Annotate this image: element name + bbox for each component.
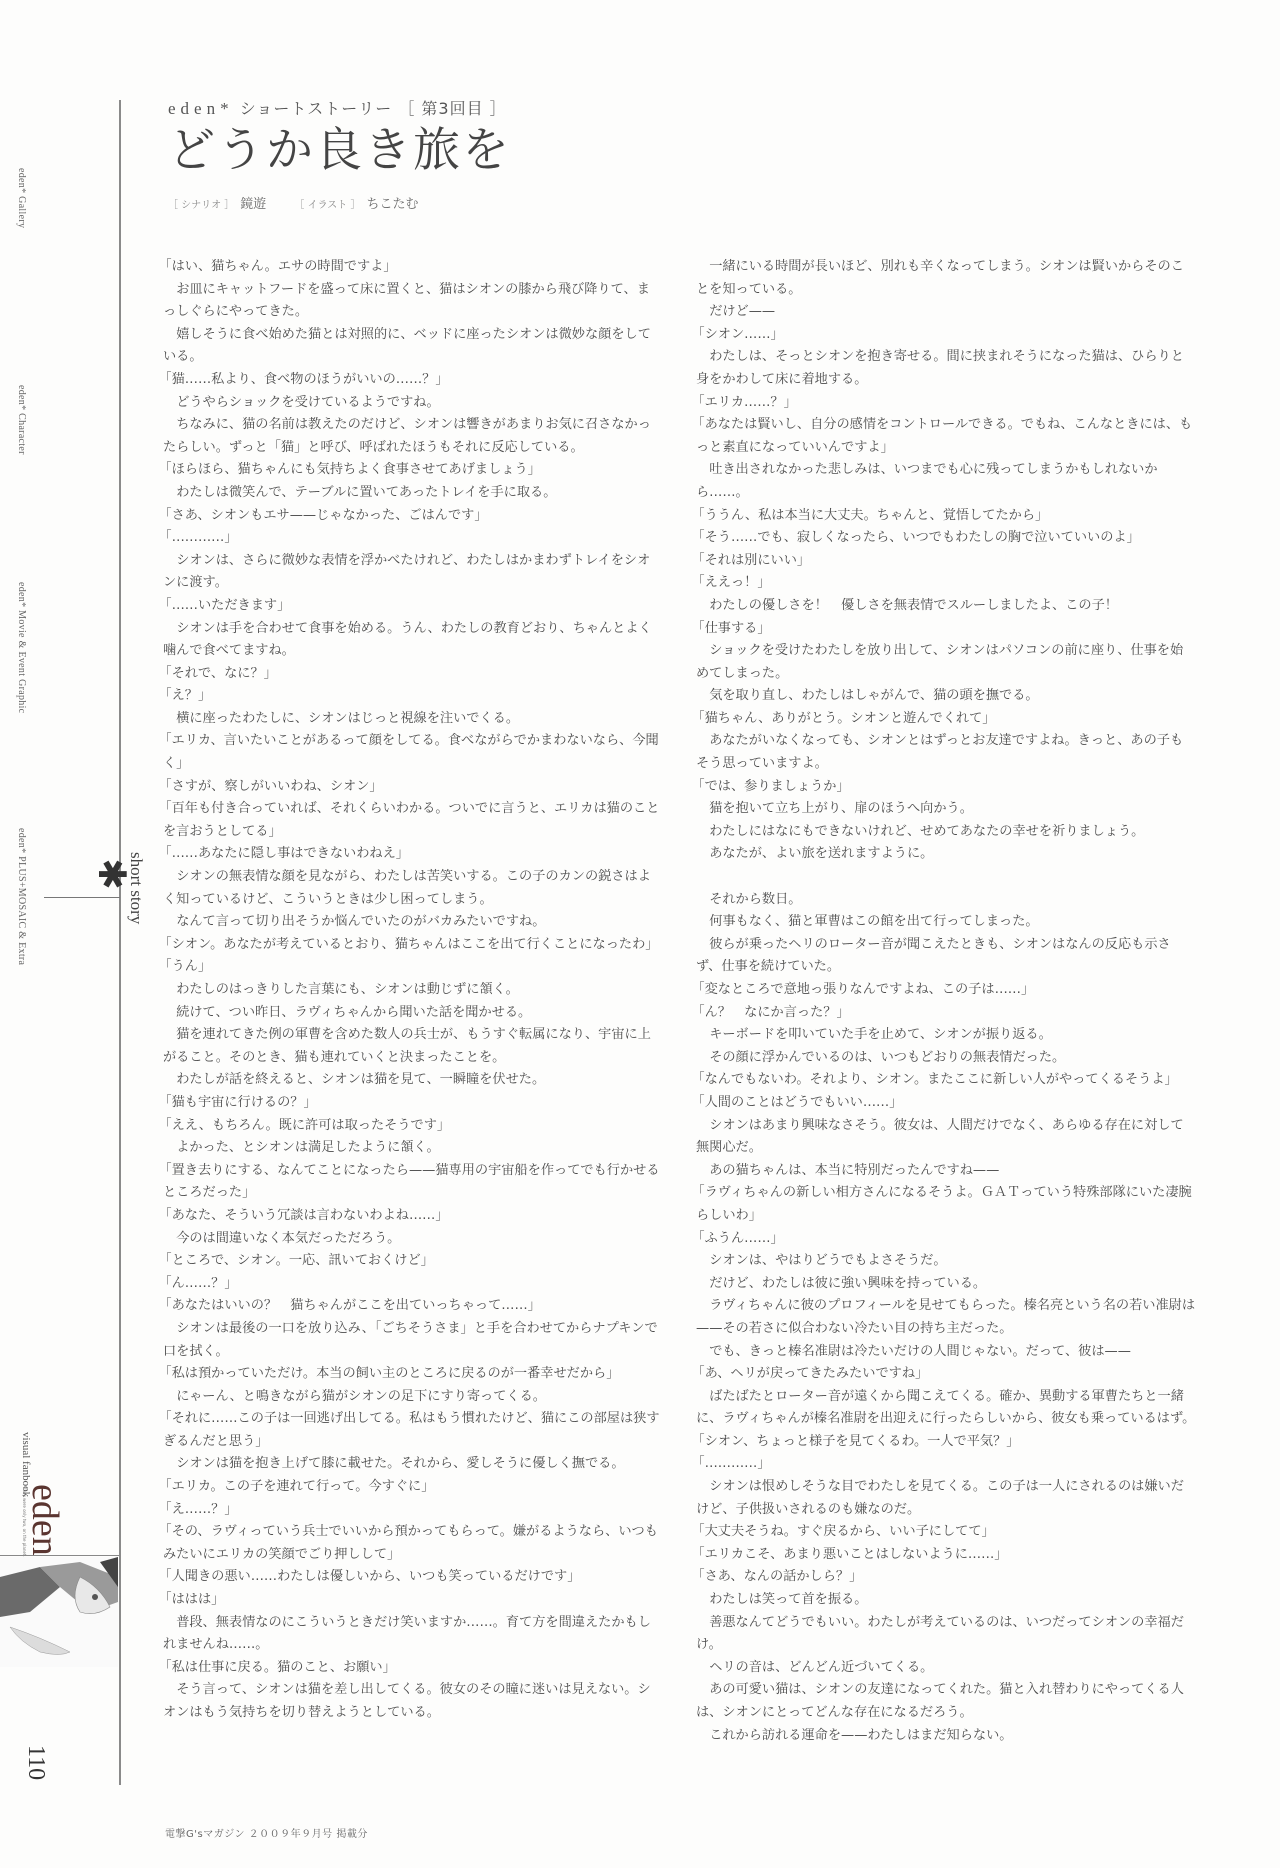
narration-paragraph: ラヴィちゃんに彼のプロフィールを見せてもらった。榛名亮という名の若い准尉は——そ…	[696, 1295, 1196, 1340]
dialogue-paragraph: 「ところで、シオン。一応、訊いておくけど」	[163, 1250, 663, 1273]
dialogue-paragraph: 「ラヴィちゃんの新しい相方さんになるそうよ。ＧＡＴっていう特殊部隊にいた凄腕らし…	[696, 1182, 1196, 1227]
illustration-image-icon	[0, 1557, 118, 1667]
dialogue-paragraph: 「百年も付き合っていれば、それくらいわかる。ついでに言うと、エリカは猫のことを言…	[163, 798, 663, 843]
dialogue-paragraph: 「シオン、ちょっと様子を見てくるわ。一人で平気？」	[696, 1431, 1196, 1454]
narration-paragraph: 普段、無表情なのにこういうときだけ笑いますか……。育て方を間違えたかもしれません…	[163, 1612, 663, 1657]
narration-paragraph: ちなみに、猫の名前は教えたのだけど、シオンは響きがあまりお気に召さなかったらしい…	[163, 414, 663, 459]
section-index-item: eden* Character	[16, 385, 27, 455]
narration-paragraph: あの可愛い猫は、シオンの友達になってくれた。猫と入れ替わりにやってくる人は、シオ…	[696, 1679, 1196, 1724]
dialogue-paragraph: 「え？」	[163, 685, 663, 708]
dialogue-paragraph: 「はい、猫ちゃん。エサの時間ですよ」	[163, 256, 663, 279]
dialogue-paragraph: 「私は預かっていただけ。本当の飼い主のところに戻るのが一番幸せだから」	[163, 1363, 663, 1386]
dialogue-paragraph: 「猫……私より、食べ物のほうがいいの……？」	[163, 369, 663, 392]
installment-number: ［ 第3回目 ］	[398, 99, 506, 118]
dialogue-paragraph: 「ええっ！」	[696, 572, 1196, 595]
narration-paragraph: わたしは笑って首を振る。	[696, 1589, 1196, 1612]
narration-paragraph: シオンは手を合わせて食事を始める。うん、わたしの教育どおり、ちゃんとよく噛んで食…	[163, 618, 663, 663]
narration-paragraph: 善悪なんてどうでもいい。わたしが考えているのは、いつだってシオンの幸福だけ。	[696, 1612, 1196, 1657]
dialogue-paragraph: 「…………」	[163, 527, 663, 550]
dialogue-paragraph: 「さあ、シオンもエサ——じゃなかった、ごはんです」	[163, 505, 663, 528]
credit-name-illustration: ちこたむ	[366, 197, 418, 212]
dialogue-paragraph: 「ん？ なにか言った？」	[696, 1002, 1196, 1025]
narration-paragraph: お皿にキャットフードを盛って床に置くと、猫はシオンの膝から飛び降りて、まっしぐら…	[163, 279, 663, 324]
dialogue-paragraph: 「さすが、察しがいいわね、シオン」	[163, 776, 663, 799]
dialogue-paragraph: 「なんでもないわ。それより、シオン。またここに新しい人がやってくるそうよ」	[696, 1069, 1196, 1092]
narration-paragraph: 横に座ったわたしに、シオンはじっと視線を注いでくる。	[163, 708, 663, 731]
narration-paragraph: 吐き出されなかった悲しみは、いつまでも心に残ってしまうかもしれないから……。	[696, 459, 1196, 504]
dialogue-paragraph: 「変なところで意地っ張りなんですよね、この子は……」	[696, 979, 1196, 1002]
narration-paragraph: シオンはあまり興味なさそう。彼女は、人間だけでなく、あらゆる存在に対して無関心だ…	[696, 1115, 1196, 1160]
dialogue-paragraph: 「ん……？」	[163, 1273, 663, 1296]
narration-paragraph: 続けて、つい昨日、ラヴィちゃんから聞いた話を聞かせる。	[163, 1002, 663, 1025]
narration-paragraph: シオンは猫を抱き上げて膝に載せた。それから、愛しそうに優しく撫でる。	[163, 1453, 663, 1476]
current-section-label: short story	[126, 852, 146, 924]
dialogue-paragraph: 「では、参りましょうか」	[696, 776, 1196, 799]
narration-paragraph: シオンは恨めしそうな目でわたしを見てくる。この子は一人にされるのは嫌いだけど、子…	[696, 1476, 1196, 1521]
story-title: どうか良き旅を	[168, 123, 511, 179]
narration-paragraph: あなたが、よい旅を送れますように。	[696, 843, 1196, 866]
narration-paragraph: わたしのはっきりした言葉にも、シオンは動じずに頷く。	[163, 979, 663, 1002]
narration-paragraph: わたしは微笑んで、テーブルに置いてあったトレイを手に取る。	[163, 482, 663, 505]
narration-paragraph: にゃーん、と鳴きながら猫がシオンの足下にすり寄ってくる。	[163, 1386, 663, 1409]
dialogue-paragraph: 「……あなたに隠し事はできないわねえ」	[163, 843, 663, 866]
page-number: 110	[22, 1745, 49, 1780]
dialogue-paragraph: 「エリカ、言いたいことがあるって顔をしてる。食べながらでかまわないなら、今聞く」	[163, 730, 663, 775]
dialogue-paragraph: 「ふうん……」	[696, 1228, 1196, 1251]
narration-paragraph: シオンの無表情な顔を見ながら、わたしは苦笑いする。この子のカンの鋭さはよく知って…	[163, 866, 663, 911]
narration-paragraph: なんて言って切り出そうか悩んでいたのがバカみたいですね。	[163, 911, 663, 934]
narration-paragraph: キーボードを叩いていた手を止めて、シオンが振り返る。	[696, 1024, 1196, 1047]
credits: ［ シナリオ ］鏡遊 ［ イラスト ］ちこたむ	[168, 193, 511, 212]
narration-paragraph: 猫を連れてきた例の軍曹を含めた数人の兵士が、もうすぐ転属になり、宇宙に上がること…	[163, 1024, 663, 1069]
section-index-item: eden* Gallery	[16, 168, 27, 228]
narration-paragraph: わたしの優しさを！ 優しさを無表情でスルーしましたよ、この子！	[696, 595, 1196, 618]
narration-paragraph: 嬉しそうに食べ始めた猫とは対照的に、ベッドに座ったシオンは微妙な顔をしている。	[163, 324, 663, 369]
narration-paragraph: でも、きっと榛名准尉は冷たいだけの人間じゃない。だって、彼は——	[696, 1341, 1196, 1364]
dialogue-paragraph: 「え……？」	[163, 1499, 663, 1522]
dialogue-paragraph: 「それに……この子は一回逃げ出してる。私はもう慣れたけど、猫にこの部屋は狭すぎる…	[163, 1408, 663, 1453]
narration-paragraph: わたしにはなにもできないけれど、せめてあなたの幸せを祈りましょう。	[696, 821, 1196, 844]
narration-paragraph: わたしが話を終えると、シオンは猫を見て、一瞬瞳を伏せた。	[163, 1069, 663, 1092]
section-break	[696, 866, 1196, 889]
dialogue-paragraph: 「シオン……」	[696, 324, 1196, 347]
dialogue-paragraph: 「それは別にいい」	[696, 550, 1196, 573]
dialogue-paragraph: 「さあ、なんの話かしら？」	[696, 1566, 1196, 1589]
dialogue-paragraph: 「ええ、もちろん。既に許可は取ったそうです」	[163, 1115, 663, 1138]
logo-divider	[0, 1555, 120, 1556]
dialogue-paragraph: 「ははは」	[163, 1589, 663, 1612]
story-column-right: 一緒にいる時間が長いほど、別れも辛くなってしまう。シオンは賢いからそのことを知っ…	[696, 256, 1196, 1747]
publication-credit: 電撃G'sマガジン ２００９年９月号 掲載分	[165, 1825, 368, 1840]
dialogue-paragraph: 「……いただきます」	[163, 595, 663, 618]
dialogue-paragraph: 「…………」	[696, 1453, 1196, 1476]
dialogue-paragraph: 「あなた、そういう冗談は言わないわよね……」	[163, 1205, 663, 1228]
credit-name-scenario: 鏡遊	[240, 197, 266, 212]
dialogue-paragraph: 「あなたはいいの？ 猫ちゃんがここを出ていっちゃって……」	[163, 1295, 663, 1318]
dialogue-paragraph: 「あなたは賢いし、自分の感情をコントロールできる。でもね、こんなときには、もっと…	[696, 414, 1196, 459]
credit-label-scenario: ［ シナリオ ］	[168, 200, 234, 211]
logo-tagline: They were only two, on the planet.	[22, 1487, 27, 1557]
dialogue-paragraph: 「エリカ……？」	[696, 392, 1196, 415]
dialogue-paragraph: 「人間のことはどうでもいい……」	[696, 1092, 1196, 1115]
dialogue-paragraph: 「それで、なに？」	[163, 663, 663, 686]
narration-paragraph: ショックを受けたわたしを放り出して、シオンはパソコンの前に座り、仕事を始めてしま…	[696, 640, 1196, 685]
dialogue-paragraph: 「その、ラヴィっていう兵士でいいから預かってもらって。嫌がるようなら、いつもみた…	[163, 1521, 663, 1566]
narration-paragraph: あの猫ちゃんは、本当に特別だったんですね——	[696, 1160, 1196, 1183]
narration-paragraph: これから訪れる運命を——わたしはまだ知らない。	[696, 1725, 1196, 1748]
narration-paragraph: 気を取り直し、わたしはしゃがんで、猫の頭を撫でる。	[696, 685, 1196, 708]
dialogue-paragraph: 「人聞きの悪い……わたしは優しいから、いつも笑っているだけです」	[163, 1566, 663, 1589]
dialogue-paragraph: 「ほらほら、猫ちゃんにも気持ちよく食事させてあげましょう」	[163, 459, 663, 482]
dialogue-paragraph: 「エリカ。この子を連れて行って。今すぐに」	[163, 1476, 663, 1499]
dialogue-paragraph: 「大丈夫そうね。すぐ戻るから、いい子にしてて」	[696, 1521, 1196, 1544]
narration-paragraph: どうやらショックを受けているようですね。	[163, 392, 663, 415]
story-header: eden* ショートストーリー ［ 第3回目 ］ どうか良き旅を ［ シナリオ …	[168, 96, 511, 212]
narration-paragraph: それから数日。	[696, 889, 1196, 912]
dialogue-paragraph: 「仕事する」	[696, 618, 1196, 641]
series-line: eden* ショートストーリー ［ 第3回目 ］	[168, 96, 511, 119]
dialogue-paragraph: 「シオン。あなたが考えているとおり、猫ちゃんはここを出て行くことになったわ」	[163, 934, 663, 957]
dialogue-paragraph: 「猫も宇宙に行けるの？」	[163, 1092, 663, 1115]
dialogue-paragraph: 「うん」	[163, 956, 663, 979]
narration-paragraph: だけど——	[696, 301, 1196, 324]
narration-paragraph: 一緒にいる時間が長いほど、別れも辛くなってしまう。シオンは賢いからそのことを知っ…	[696, 256, 1196, 301]
dialogue-paragraph: 「あ、ヘリが戻ってきたみたいですね」	[696, 1363, 1196, 1386]
margin-vertical-rule	[119, 100, 121, 1785]
dialogue-paragraph: 「置き去りにする、なんてことになったら——猫専用の宇宙船を作ってでも行かせるとこ…	[163, 1160, 663, 1205]
narration-paragraph: その顔に浮かんでいるのは、いつもどおりの無表情だった。	[696, 1047, 1196, 1070]
credit-label-illustration: ［ イラスト ］	[294, 200, 360, 211]
narration-paragraph: だけど、わたしは彼に強い興味を持っている。	[696, 1273, 1196, 1296]
dialogue-paragraph: 「ううん、私は本当に大丈夫。ちゃんと、覚悟してたから」	[696, 505, 1196, 528]
dialogue-paragraph: 「エリカこそ、あまり悪いことはしないように……」	[696, 1544, 1196, 1567]
narration-paragraph: そう言って、シオンは猫を差し出してくる。彼女のその瞳に迷いは見えない。シオンはも…	[163, 1679, 663, 1724]
brand-name: eden*	[168, 99, 234, 118]
narration-paragraph: シオンは最後の一口を放り込み、「ごちそうさま」と手を合わせてからナプキンで口を拭…	[163, 1318, 663, 1363]
narration-paragraph: 今のは間違いなく本気だっただろう。	[163, 1228, 663, 1251]
narration-paragraph: シオンは、さらに微妙な表情を浮かべたけれど、わたしはかまわずトレイをシオンに渡す…	[163, 550, 663, 595]
narration-paragraph: 何事もなく、猫と軍曹はこの館を出て行ってしまった。	[696, 911, 1196, 934]
narration-paragraph: 彼らが乗ったヘリのローター音が聞こえたときも、シオンはなんの反応も示さず、仕事を…	[696, 934, 1196, 979]
narration-paragraph: ヘリの音は、どんどん近づいてくる。	[696, 1657, 1196, 1680]
section-marker-line	[44, 897, 120, 898]
character-illustration	[0, 1557, 118, 1667]
dialogue-paragraph: 「猫ちゃん、ありがとう。シオンと遊んでくれて」	[696, 708, 1196, 731]
series-name: ショートストーリー	[240, 99, 393, 118]
narration-paragraph: シオンは、やはりどうでもよさそうだ。	[696, 1250, 1196, 1273]
dialogue-paragraph: 「そう……でも、寂しくなったら、いつでもわたしの胸で泣いていいのよ」	[696, 527, 1196, 550]
narration-paragraph: ばたばたとローター音が遠くから聞こえてくる。確か、異動する軍曹たちと一緒に、ラヴ…	[696, 1386, 1196, 1431]
section-index-item: eden* Movie & Event Graphic	[16, 582, 27, 713]
section-index-item: eden* PLUS+MOSAIC & Extra	[16, 828, 27, 965]
story-column-left: 「はい、猫ちゃん。エサの時間ですよ」お皿にキャットフードを盛って床に置くと、猫は…	[163, 256, 663, 1725]
narration-paragraph: 猫を抱いて立ち上がり、扉のほうへ向かう。	[696, 798, 1196, 821]
narration-paragraph: あなたがいなくなっても、シオンとはずっとお友達ですよね。きっと、あの子もそう思っ…	[696, 730, 1196, 775]
narration-paragraph: わたしは、そっとシオンを抱き寄せる。間に挟まれそうになった猫は、ひらりと身をかわ…	[696, 346, 1196, 391]
dialogue-paragraph: 「私は仕事に戻る。猫のこと、お願い」	[163, 1657, 663, 1680]
narration-paragraph: よかった、とシオンは満足したように頷く。	[163, 1137, 663, 1160]
